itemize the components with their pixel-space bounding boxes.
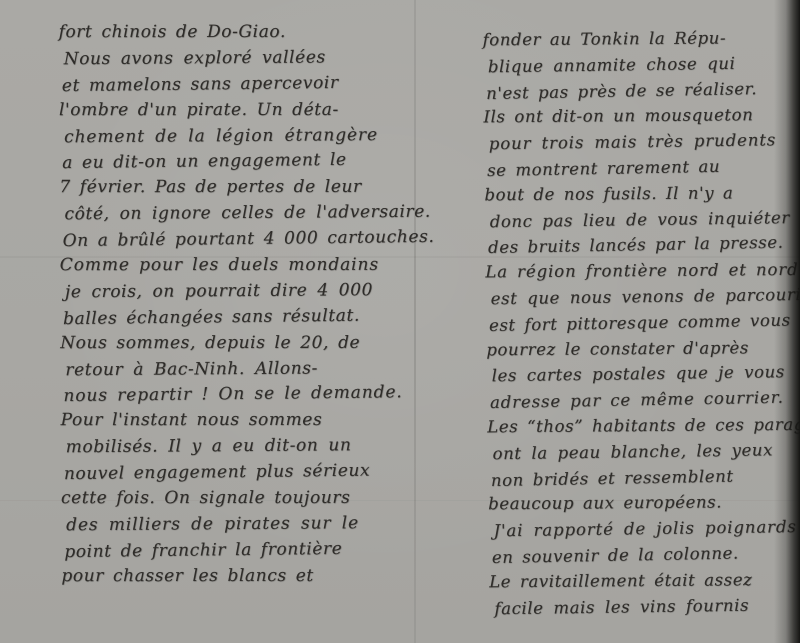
handwritten-line: Ils ont dit-on un mousqueton: [483, 102, 800, 130]
letter-page-left: fort chinois de Do-Giao. Nous avons expl…: [59, 19, 434, 591]
handwritten-line: Les “thos” habitants de ces parages: [487, 412, 800, 440]
handwritten-line: pourrez le constater d'après: [486, 334, 800, 362]
handwritten-line: mobilisés. Il y a eu dit-on un: [66, 433, 438, 461]
letter-page-right: fonder au Tonkin la Répu- blique annamit…: [482, 24, 800, 621]
handwritten-line: Comme pour les duels mondains: [60, 253, 432, 279]
handwritten-line: l'ombre d'un pirate. Un déta-: [59, 98, 431, 124]
handwritten-line: Nous sommes, depuis le 20, de: [60, 331, 432, 357]
handwritten-line: point de franchir la frontière: [64, 536, 436, 566]
handwritten-line: beaucoup aux européens.: [488, 489, 800, 517]
handwritten-line: Nous avons exploré vallées: [64, 45, 436, 73]
handwritten-line: facile mais les vins fournis: [494, 591, 800, 622]
handwritten-line: bout de nos fusils. Il n'y a: [484, 179, 800, 207]
handwritten-line: retour à Bac-Ninh. Allons-: [65, 355, 437, 383]
handwritten-line: nous repartir ! On se le demande.: [63, 380, 435, 410]
handwritten-line: Pour l'instant nous sommes: [61, 408, 433, 434]
handwritten-line: balles échangées sans résultat.: [63, 303, 435, 333]
handwritten-letter-scan: fort chinois de Do-Giao. Nous avons expl…: [0, 0, 800, 643]
handwritten-line: côté, on ignore celles de l'adversaire.: [64, 200, 436, 228]
handwritten-line: est fort pittoresque comme vous: [489, 307, 800, 339]
handwritten-line: et mamelons sans apercevoir: [62, 70, 434, 100]
handwritten-line: se montrent rarement au: [487, 152, 800, 184]
handwritten-line: adresse par ce même courrier.: [490, 384, 800, 416]
handwritten-line: On a brûlé pourtant 4 000 cartouches.: [63, 225, 435, 255]
handwritten-line: Le ravitaillement était assez: [489, 566, 800, 594]
handwritten-line: cette fois. On signale toujours: [61, 486, 433, 512]
handwritten-line: chement de la légion étrangère: [64, 122, 436, 150]
handwritten-line: fonder au Tonkin la Répu-: [482, 25, 800, 53]
handwritten-line: a eu dit-on un engagement le: [62, 147, 434, 177]
handwritten-line: La région frontière nord et nord-: [485, 257, 800, 285]
handwritten-line: 7 février. Pas de pertes de leur: [59, 175, 431, 201]
handwritten-line: pour chasser les blancs et: [61, 564, 433, 590]
handwritten-line: des milliers de pirates sur le: [66, 511, 438, 539]
handwritten-line: en souvenir de la colonne.: [492, 539, 800, 571]
handwritten-line: fort chinois de Do-Giao.: [59, 20, 431, 46]
scan-edge-shadow: [774, 0, 800, 643]
handwritten-line: nouvel engagement plus sérieux: [64, 458, 436, 488]
handwritten-line: je crois, on pourrait dire 4 000: [65, 278, 437, 306]
